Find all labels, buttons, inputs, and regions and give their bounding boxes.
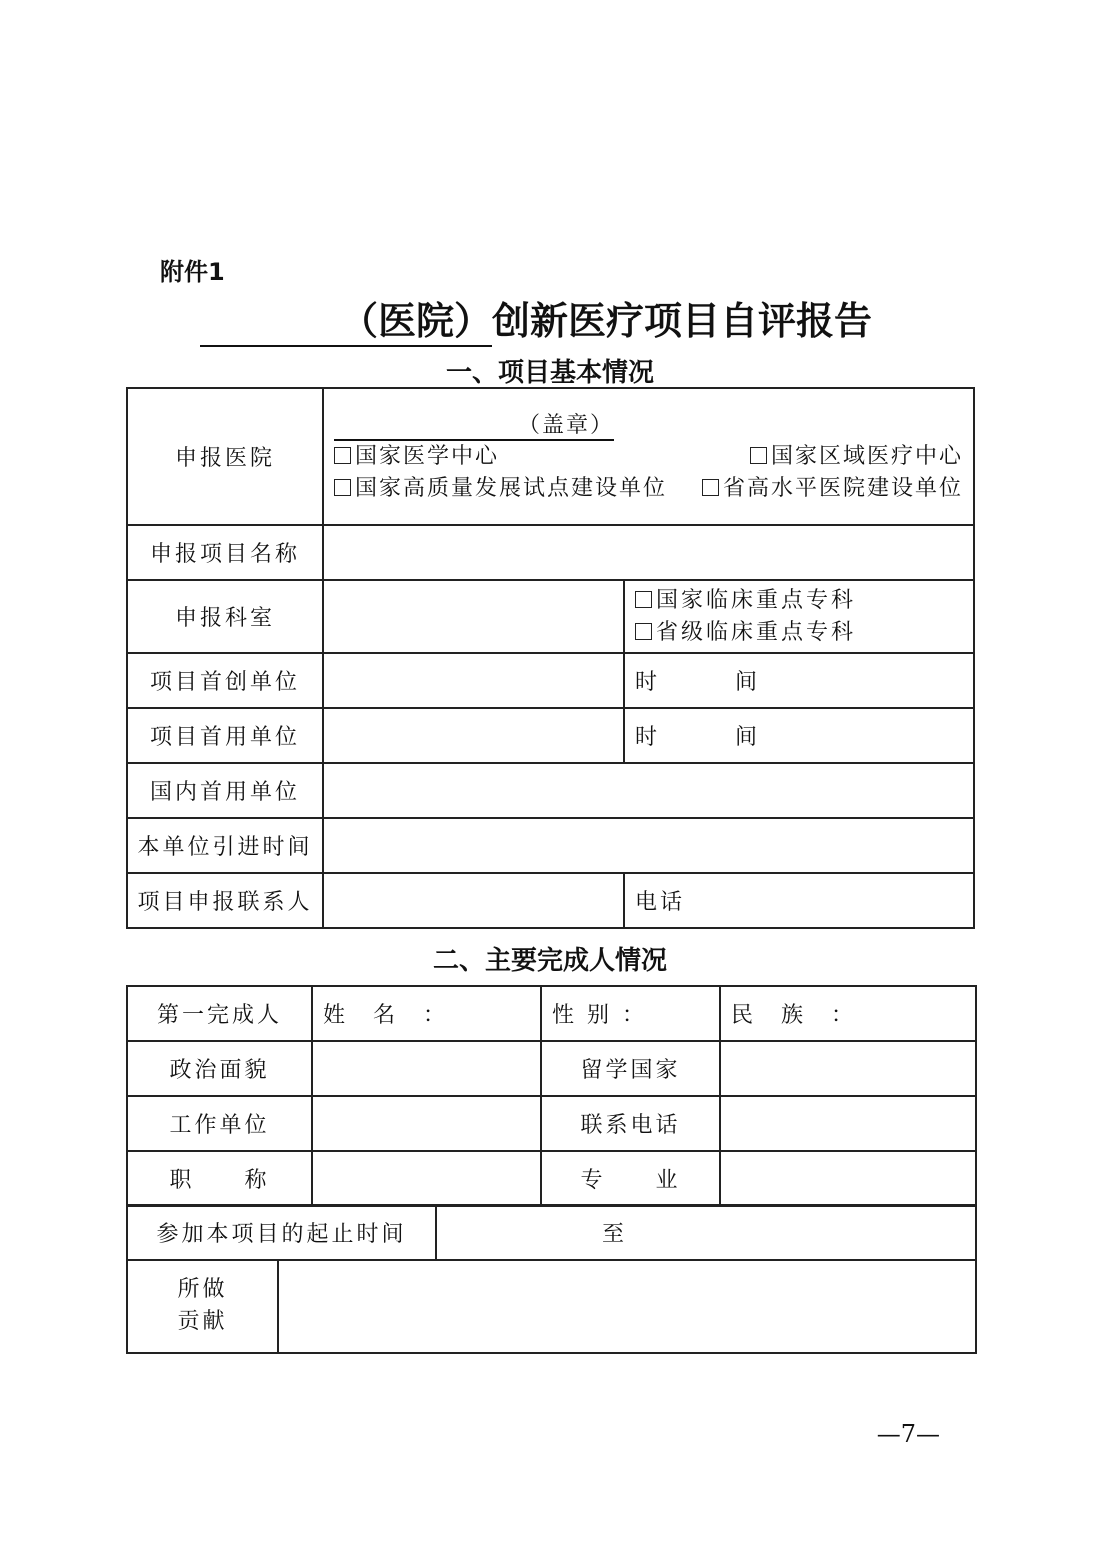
basic-info-table: 申报医院 （盖章） 国家医学中心 国家区域医疗中心 国家高质量发展试点建设单位 … [126, 387, 975, 929]
page-number: —7— [877, 1420, 940, 1448]
attachment-label: 附件1 [160, 252, 225, 287]
contact-label: 项目申报联系人 [127, 873, 323, 928]
option-provincial-key-specialty[interactable]: 省级临床重点专科 [635, 617, 963, 649]
first-creator-field[interactable] [323, 653, 624, 708]
option-national-regional-center[interactable]: 国家区域医疗中心 [750, 441, 963, 473]
domestic-first-user-label: 国内首用单位 [127, 763, 323, 818]
project-name-field[interactable] [323, 525, 974, 580]
intro-time-label: 本单位引进时间 [127, 818, 323, 873]
contribution-table: 所做 贡献 [126, 1259, 977, 1354]
checkbox-icon[interactable] [750, 447, 767, 464]
person-phone-label: 联系电话 [541, 1096, 720, 1151]
study-country-field[interactable] [720, 1041, 976, 1096]
section2-heading: 二、主要完成人情况 [0, 940, 1100, 977]
period-field[interactable]: 至 [436, 1205, 976, 1260]
contact-field[interactable] [323, 873, 624, 928]
gender-field[interactable]: 性 别 ： [541, 986, 720, 1041]
major-label: 专 业 [541, 1151, 720, 1206]
seal-field[interactable]: （盖章） [334, 408, 614, 441]
ethnicity-field[interactable]: 民 族 ： [720, 986, 976, 1041]
period-label: 参加本项目的起止时间 [127, 1205, 436, 1260]
option-provincial-high-level[interactable]: 省高水平医院建设单位 [702, 473, 963, 505]
workplace-field[interactable] [312, 1096, 541, 1151]
checkbox-icon[interactable] [702, 479, 719, 496]
study-country-label: 留学国家 [541, 1041, 720, 1096]
first-person-label: 第一完成人 [127, 986, 312, 1041]
job-title-label: 职 称 [127, 1151, 312, 1206]
contribution-field[interactable] [278, 1259, 976, 1353]
section1-heading: 一、项目基本情况 [0, 352, 1100, 389]
checkbox-icon[interactable] [635, 623, 652, 640]
department-field[interactable] [323, 580, 624, 653]
option-national-key-specialty[interactable]: 国家临床重点专科 [635, 585, 963, 617]
name-field[interactable]: 姓 名 ： [312, 986, 541, 1041]
option-national-medical-center[interactable]: 国家医学中心 [334, 441, 499, 473]
checkbox-icon[interactable] [334, 447, 351, 464]
political-label: 政治面貌 [127, 1041, 312, 1096]
hospital-name-blank[interactable] [200, 303, 340, 347]
contact-phone-field[interactable]: 电话 [624, 873, 974, 928]
workplace-label: 工作单位 [127, 1096, 312, 1151]
option-high-quality-pilot[interactable]: 国家高质量发展试点建设单位 [334, 473, 667, 505]
major-field[interactable] [720, 1151, 976, 1206]
intro-time-field[interactable] [323, 818, 974, 873]
hospital-cell[interactable]: （盖章） 国家医学中心 国家区域医疗中心 国家高质量发展试点建设单位 省高水平医… [323, 388, 974, 525]
first-user-field[interactable] [323, 708, 624, 763]
checkbox-icon[interactable] [334, 479, 351, 496]
first-creator-time-field[interactable]: 时 间 [624, 653, 974, 708]
department-label: 申报科室 [127, 580, 323, 653]
job-title-field[interactable] [312, 1151, 541, 1206]
period-table: 参加本项目的起止时间 至 [126, 1204, 977, 1261]
checkbox-icon[interactable] [635, 591, 652, 608]
person-phone-field[interactable] [720, 1096, 976, 1151]
domestic-first-user-field[interactable] [323, 763, 974, 818]
page-title: （医院）创新医疗项目自评报告 [200, 290, 900, 340]
project-name-label: 申报项目名称 [127, 525, 323, 580]
contribution-label: 所做 贡献 [127, 1259, 278, 1353]
political-field[interactable] [312, 1041, 541, 1096]
first-user-time-field[interactable]: 时 间 [624, 708, 974, 763]
first-user-label: 项目首用单位 [127, 708, 323, 763]
hospital-label: 申报医院 [127, 388, 323, 525]
first-creator-label: 项目首创单位 [127, 653, 323, 708]
person-info-table: 第一完成人 姓 名 ： 性 别 ： 民 族 ： 政治面貌 留学国家 工作单位 联… [126, 985, 977, 1207]
